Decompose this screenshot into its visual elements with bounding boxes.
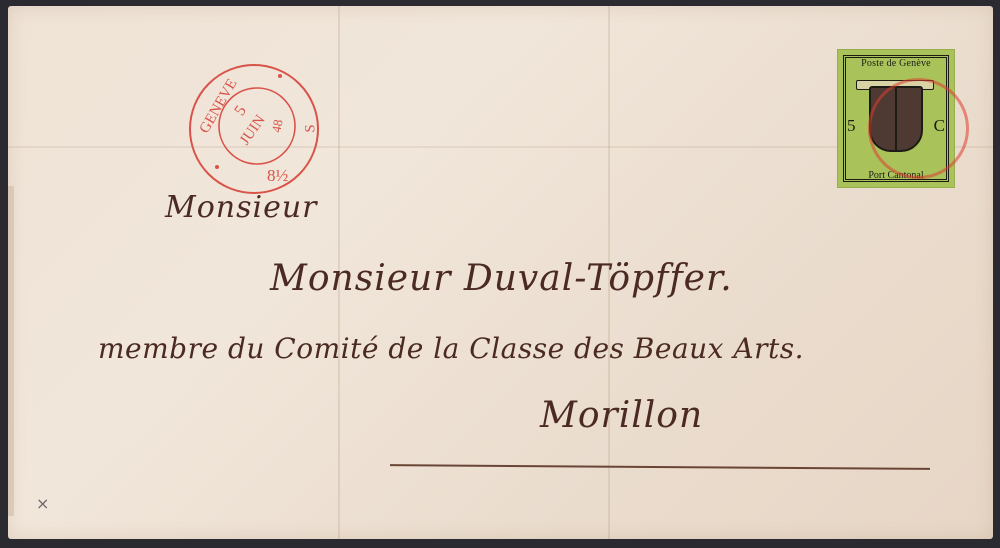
postage-stamp: Poste de Genève 5 C Port Cantonal bbox=[838, 50, 954, 187]
address-salutation: Monsieur bbox=[165, 190, 318, 225]
postmark-letter: S bbox=[303, 124, 320, 132]
stamp-value-left: 5 bbox=[847, 116, 856, 136]
side-flap bbox=[8, 186, 14, 516]
address-title: membre du Comité de la Classe des Beaux … bbox=[98, 332, 804, 365]
stamp-cancellation-mark bbox=[868, 78, 969, 179]
stamp-top-text: Poste de Genève bbox=[838, 58, 954, 69]
postmark-time: 8½ bbox=[267, 166, 288, 186]
pencil-mark: × bbox=[36, 494, 49, 513]
address-town: Morillon bbox=[540, 395, 703, 436]
postmark-year: 48 bbox=[268, 118, 286, 134]
geneve-postmark: GENEVE 5 JUIN 48 S 8½ bbox=[185, 60, 323, 198]
address-name: Monsieur Duval-Töpffer. bbox=[270, 258, 733, 299]
